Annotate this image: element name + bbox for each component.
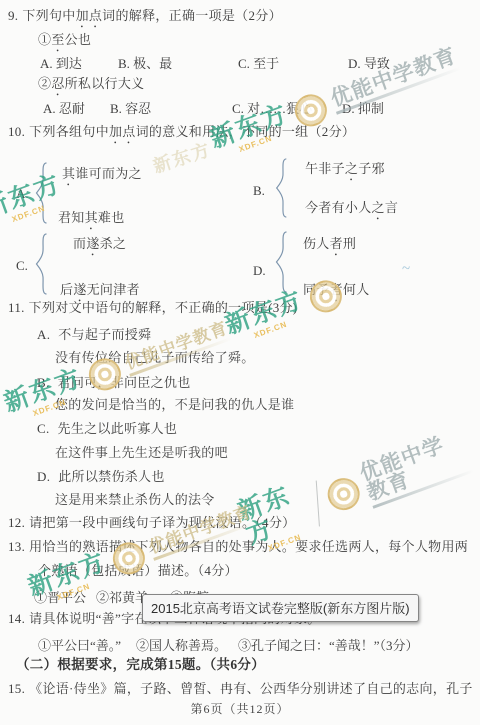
group-d-sentence-2: 同予者何人: [303, 282, 370, 305]
option-c: C. 至于: [238, 53, 279, 72]
group-a-sentence-2: 君知其难也: [58, 210, 125, 233]
option-label: C.: [37, 421, 50, 436]
ucan-circle-logo-icon: [323, 474, 364, 515]
text: 无问津者: [87, 282, 140, 297]
q11-option-a: A.不与起子而授舜: [37, 327, 151, 343]
option-text: 君问可，非问臣之仇也: [58, 375, 191, 390]
question-13-stem-line2: 个熟语（包括成语）描述。（4分）: [38, 563, 238, 579]
text: 谁可而为之: [75, 166, 142, 181]
question-11-stem: 11.下列对文中语句的解释，不正确的一项是(3分): [8, 300, 297, 316]
option-label: D.: [37, 469, 50, 484]
xdf-domain-text: XDF.CN: [253, 320, 289, 340]
text: 今者有小人: [305, 200, 372, 215]
option-b: B. 极、最: [118, 53, 172, 72]
q11-option-b: B.君问可，非问臣之仇也: [37, 375, 191, 391]
q11-option-d: D.此所以禁伤杀人也: [37, 469, 165, 485]
text: 同予: [303, 282, 330, 297]
emphasized-word: 遂: [73, 282, 86, 297]
text: 难也: [98, 210, 125, 225]
item-text: 所私以行大义: [65, 76, 145, 91]
question-13-stem-line1: 13.用恰当的熟语描述下列人物各自的处事为人。要求任选两人，每个人物用两: [8, 539, 468, 555]
q11-option-c-translation: 在这件事上先生还是听我的吧: [55, 445, 228, 461]
group-b-sentence-1: 午非子之子邪: [305, 161, 385, 184]
stem-text: 下列句中: [22, 8, 75, 23]
emphasized-word: 其: [85, 210, 98, 225]
section-2-heading: （二）根据要求，完成第15题。（共6分）: [16, 657, 265, 673]
option-text: 先生之以此听寡人也: [58, 421, 178, 436]
scan-artifact-mark: ~: [402, 261, 410, 278]
text: 后: [60, 282, 73, 297]
text: 杀之: [100, 236, 127, 251]
stem-text: 词的意义和用法，不同的一组（2分）: [136, 124, 356, 139]
group-d-sentence-1: 伤人者刑: [303, 236, 356, 259]
item-marker: ①: [38, 32, 51, 47]
stem-text: 下列各组句中: [29, 124, 109, 139]
group-c-label: C.: [16, 258, 28, 274]
question-15-stem: 15.《论语·侍坐》篇，子路、曾皙、冉有、公西华分别讲述了自己的志向，孔子: [8, 681, 473, 697]
ucan-slogan-text: 优能中学教育: [357, 428, 474, 509]
page-number: 第6页（共12页）: [0, 700, 480, 717]
xdf-brand-text: 新东方: [0, 171, 65, 222]
group-c-sentence-1: 而遂杀之: [73, 236, 126, 259]
option-a: A. 忍耐: [43, 98, 85, 117]
q14-context-2: ②国人称善焉。: [136, 635, 227, 654]
emphasized-word: 之: [345, 161, 358, 176]
group-d-label: D.: [253, 263, 266, 279]
bracket-brace: [34, 233, 48, 295]
xdf-logo: 新东方XDF.CN: [222, 287, 310, 348]
watermark-divider: [316, 481, 320, 527]
question-number: 9.: [8, 8, 18, 23]
option-b: B. 容忍: [110, 98, 151, 117]
question-number: 10.: [8, 124, 25, 139]
text: 君知: [58, 210, 85, 225]
stem-text: 请把第一段中画线句子译为现代汉语。（4分）: [29, 515, 295, 530]
bracket-brace: [274, 158, 288, 218]
emphasized-word: 者: [330, 282, 343, 297]
group-b-label: B.: [253, 183, 265, 199]
q13-person-2: ②祁黄羊: [96, 587, 148, 606]
item-text: 公也: [65, 32, 92, 47]
question-number: 13.: [8, 539, 25, 554]
question-9-stem: 9.下列句中加点词的解释，正确一项是（2分）: [8, 8, 282, 31]
bracket-brace: [34, 162, 48, 224]
item-marker: ②: [38, 76, 51, 91]
question-9-item-2: ②忍所私以行大义: [38, 76, 144, 99]
group-a-label: A.: [16, 186, 29, 202]
image-caption-tooltip: 2015北京高考语文试卷完整版(新东方图片版): [142, 594, 419, 622]
text: 言: [385, 200, 398, 215]
question-number: 14.: [8, 611, 25, 626]
group-a-sentence-1: 其谁可而为之: [62, 166, 142, 189]
emphasized-word: 至: [51, 32, 64, 47]
question-number: 12.: [8, 515, 25, 530]
question-number: 11.: [8, 300, 25, 315]
question-9-item-1: ①至公也: [38, 32, 91, 55]
option-a: A. 到达: [40, 53, 82, 72]
stem-text: 《论语·侍坐》篇，子路、曾皙、冉有、公西华分别讲述了自己的志向，孔子: [29, 681, 473, 696]
text: 何人: [343, 282, 370, 297]
emphasized-word: 忍: [51, 76, 64, 91]
text: 而: [73, 236, 86, 251]
watermark-cluster: 新东方XDF.CN 优能中学教育: [235, 421, 476, 558]
stem-text: 用恰当的熟语描述下列人物各自的处事为人。要求任选两人，每个人物用两: [29, 539, 468, 554]
option-label: B.: [37, 375, 50, 390]
stem-text: 下列对文中语句的解释，不正确的一项是(3分): [29, 300, 298, 315]
emphasized-word: 其: [62, 166, 75, 181]
emphasized-word: 遂: [86, 236, 99, 251]
option-text: 不与起子而授舜: [58, 327, 151, 342]
text: 午非子: [305, 161, 345, 176]
stem-text: 词的解释，正确一项是（2分）: [102, 8, 282, 23]
q11-option-c: C.先生之以此听寡人也: [37, 421, 177, 437]
text: 刑: [343, 236, 356, 251]
emphasized-word: 之: [372, 200, 385, 215]
q11-option-a-translation: 没有传位给自己儿子而传给了舜。: [55, 350, 255, 366]
emphasized-word: 者: [330, 236, 343, 251]
text: 伤人: [303, 236, 330, 251]
option-d: D. 抑制: [342, 98, 384, 117]
q11-option-d-translation: 这是用来禁止杀伤人的法令: [55, 492, 215, 508]
option-text: 此所以禁伤杀人也: [58, 469, 164, 484]
option-label: A.: [37, 327, 50, 342]
q14-context-3: ③孔子闻之曰：“善哉！”（3分）: [238, 635, 419, 654]
q13-person-1: ①晋平公: [34, 587, 86, 606]
option-d: D. 导致: [348, 53, 390, 72]
q11-option-b-translation: 您的发问是恰当的，不是问我的仇人是谁: [55, 397, 294, 413]
bracket-brace: [274, 231, 288, 293]
option-c: C. 对……狠心: [232, 98, 312, 117]
question-number: 15.: [8, 681, 25, 696]
emphasized-word: 加点: [109, 124, 136, 139]
q14-context-1: ①平公曰“善。”: [38, 635, 121, 654]
group-b-sentence-2: 今者有小人之言: [305, 200, 398, 223]
question-12-stem: 12.请把第一段中画线句子译为现代汉语。（4分）: [8, 515, 295, 531]
text: 子邪: [358, 161, 385, 176]
emphasized-word: 加点: [76, 8, 103, 23]
